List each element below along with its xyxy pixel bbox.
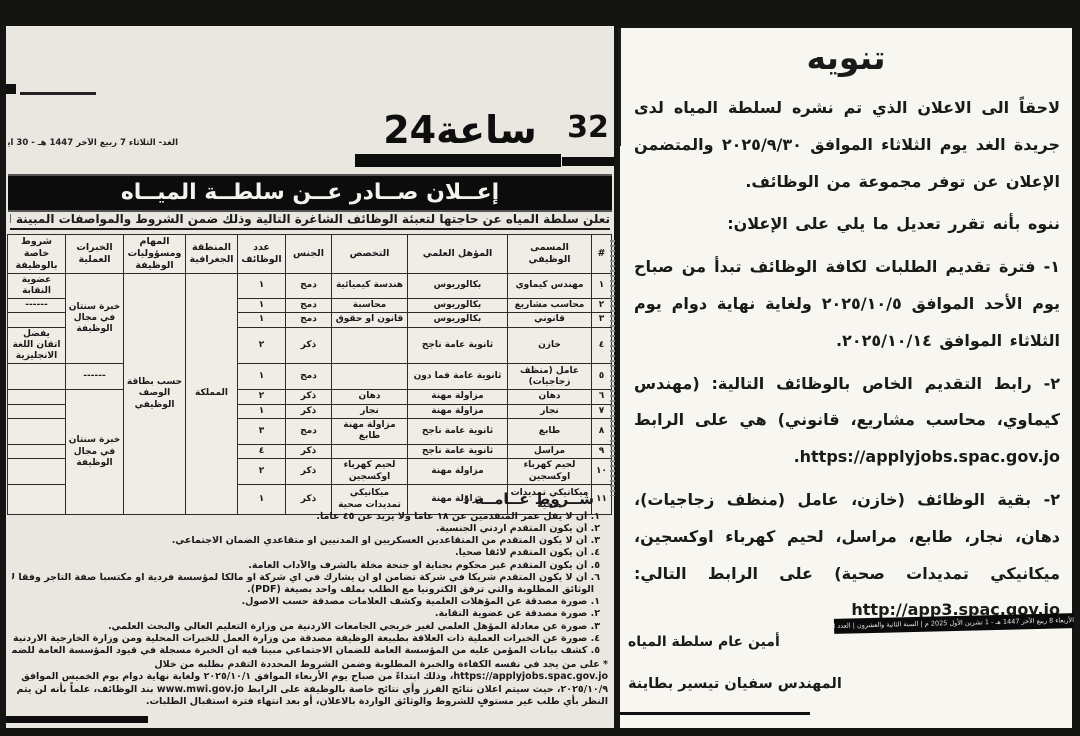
vacancies-table: # المسمى الوظيفي المؤهل العلمي التخصص ال…: [7, 234, 612, 515]
cell-gender: دمج: [286, 313, 332, 327]
cell-count: ١: [238, 273, 286, 299]
newspaper-clipping: الغد- الثلاثاء 7 ربيع الآخر 1447 هـ - 30…: [6, 26, 614, 728]
cell-gender: ذكر: [286, 327, 332, 364]
cell-major: [332, 327, 408, 364]
cell-title: طابع: [508, 418, 592, 444]
cell-major: مزاولة مهنة طابع: [332, 418, 408, 444]
cell-experience-merged-top: خبرة سنتان في مجال الوظيفة: [66, 273, 124, 364]
col-header-tasks: المهام ومسؤوليات الوظيفة: [124, 235, 186, 274]
document-item: ١. صورة مصدقة عن المؤهلات العلمية وكشف ا…: [12, 596, 608, 608]
col-header-special: شروط خاصة بالوظيفة: [8, 235, 66, 274]
cell-num: ٧: [592, 404, 612, 418]
cell-degree: بكالوريوس: [408, 273, 508, 299]
notice-item: ٢- رابط التقديم الخاص بالوظائف التالية: …: [634, 366, 1060, 476]
cell-special: عضوية النقابة: [8, 273, 66, 299]
condition-item: ٦. أن لا يكون المتقدم شريكاً في شركة تضا…: [12, 572, 608, 584]
document-item: ٥. كشف بيانات المؤمن عليه من المؤسسة الع…: [12, 645, 608, 657]
cell-title: قانوني: [508, 313, 592, 327]
notice-paragraph: لاحقاً الى الاعلان الذي تم نشره لسلطة ال…: [634, 90, 1060, 200]
col-header-region: المنطقة الجغرافية: [186, 235, 238, 274]
signature-name: المهندس سفيان تيسير بطاينة: [628, 676, 842, 692]
document-item: ٢. صورة مصدقة عن عضوية النقابة.: [12, 608, 608, 620]
bottom-rule: [6, 716, 148, 723]
cell-count: ١: [238, 313, 286, 327]
cell-degree: بكالوريوس: [408, 313, 508, 327]
notice-title: تنويه: [620, 38, 1072, 77]
masthead-bar-right: [562, 157, 614, 166]
cell-major: هندسة كيميائية: [332, 273, 408, 299]
cell-title: لحيم كهرباء اوكسجين: [508, 459, 592, 485]
table-row: ١ مهندس كيماوي بكالوريوس هندسة كيميائية …: [8, 273, 612, 299]
cell-gender: ذكر: [286, 390, 332, 404]
section-title-24hours: 24ساعة: [355, 108, 565, 152]
apply-note: * على من يجد في نفسه الكفاءة والخبرة الم…: [12, 659, 608, 708]
col-header-qualification: المؤهل العلمي: [408, 235, 508, 274]
table-row: ٥ عامل (منظف زجاجيات) ثانوية عامة فما دو…: [8, 364, 612, 390]
documents-intro: الوثائق المطلوبة والتي ترفق الكترونياً م…: [12, 584, 608, 596]
condition-item: ٢. أن يكون المتقدم اردني الجنسية.: [12, 523, 608, 535]
cell-title: نجار: [508, 404, 592, 418]
cell-special: [8, 418, 66, 444]
cell-num: ٩: [592, 444, 612, 458]
cell-gender: دمج: [286, 418, 332, 444]
announcement-subtitle: تعلن سلطة المياه عن حاجتها لتعبئة الوظائ…: [10, 212, 610, 230]
cell-major: [332, 364, 408, 390]
col-header-gender: الجنس: [286, 235, 332, 274]
cell-count: ٢: [238, 390, 286, 404]
cell-gender: ذكر: [286, 404, 332, 418]
cell-special: ------: [8, 299, 66, 313]
cell-degree: ثانوية عامة ناجح: [408, 444, 508, 458]
masthead-mark: [6, 84, 16, 94]
cell-degree: مزاولة مهنة: [408, 404, 508, 418]
page-seam: [618, 28, 621, 146]
cell-major: دهان: [332, 390, 408, 404]
cell-special: [8, 364, 66, 390]
cell-tasks-merged: حسب بطاقة الوصف الوظيفي: [124, 273, 186, 515]
newspaper-date-line: الغد- الثلاثاء 7 ربيع الآخر 1447 هـ - 30…: [8, 138, 178, 148]
cell-major: قانون او حقوق: [332, 313, 408, 327]
col-header-index: #: [592, 235, 612, 274]
col-header-specialization: التخصص: [332, 235, 408, 274]
cell-title: خازن: [508, 327, 592, 364]
col-header-experience: الخبرات العملية: [66, 235, 124, 274]
cell-degree: ثانوية عامة فما دون: [408, 364, 508, 390]
cell-title: دهان: [508, 390, 592, 404]
cell-major: [332, 444, 408, 458]
cell-title: عامل (منظف زجاجيات): [508, 364, 592, 390]
condition-item: ٤. أن يكون المتقدم لائقاً صحياً.: [12, 547, 608, 559]
masthead-dash: [20, 92, 96, 95]
cell-title: مهندس كيماوي: [508, 273, 592, 299]
notice-paragraph: ننوه بأنه تقرر تعديل ما يلي على الإعلان:: [634, 206, 1060, 243]
cell-special: [8, 313, 66, 327]
notice-item: ٢- بقية الوظائف (خازن، عامل (منظف زجاجيا…: [634, 482, 1060, 629]
cell-num: ٨: [592, 418, 612, 444]
cell-special: يفضل اتقان اللغة الانجليزية: [8, 327, 66, 364]
cell-gender: دمج: [286, 273, 332, 299]
cell-special: [8, 404, 66, 418]
cell-degree: ثانوية عامة ناجح: [408, 418, 508, 444]
table-header-row: # المسمى الوظيفي المؤهل العلمي التخصص ال…: [8, 235, 612, 274]
cell-gender: دمج: [286, 299, 332, 313]
cell-num: ٣: [592, 313, 612, 327]
signature-title: أمين عام سلطة المياه: [628, 634, 780, 650]
cell-title: محاسب مشاريع: [508, 299, 592, 313]
masthead-bar: [355, 154, 561, 167]
condition-item: ٣. أن لا يكون المتقدم من المتقاعدين العس…: [12, 535, 608, 547]
cell-num: ٢: [592, 299, 612, 313]
scanned-announcement-photo: { "colors": {"frame":"#141412","paper_le…: [0, 0, 1080, 736]
cell-count: ١: [238, 364, 286, 390]
cell-num: ١: [592, 273, 612, 299]
cell-special: [8, 444, 66, 458]
cell-num: ٦: [592, 390, 612, 404]
cell-degree: ثانوية عامة ناجح: [408, 327, 508, 364]
cell-count: ٣: [238, 418, 286, 444]
cell-gender: ذكر: [286, 444, 332, 458]
table-row: ٦ دهان مزاولة مهنة دهان ذكر ٢ خبرة سنتان…: [8, 390, 612, 404]
col-header-count: عدد الوظائف: [238, 235, 286, 274]
cell-degree: مزاولة مهنة: [408, 459, 508, 485]
cell-degree: بكالوريوس: [408, 299, 508, 313]
cell-count: ٢: [238, 459, 286, 485]
cell-region-merged: المملكة: [186, 273, 238, 515]
page-edge-texture: [610, 240, 615, 496]
cell-num: ٥: [592, 364, 612, 390]
notice-item: ١- فترة تقديم الطلبات لكافة الوظائف تبدأ…: [634, 249, 1060, 359]
cell-count: ٤: [238, 444, 286, 458]
cell-degree: مزاولة مهنة: [408, 390, 508, 404]
cell-count: ١: [238, 404, 286, 418]
cell-special: [8, 459, 66, 485]
document-item: ٣. صورة عن معادلة المؤهل العلمي لغير خري…: [12, 621, 608, 633]
signature-rule: [620, 712, 810, 715]
notice-page: تنويه لاحقاً الى الاعلان الذي تم نشره لس…: [620, 28, 1072, 728]
announcement-banner: إعــلان صــادر عــن سلطــة الميــاه: [8, 174, 612, 212]
cell-count: ٢: [238, 327, 286, 364]
cell-title: مراسل: [508, 444, 592, 458]
cell-major: نجار: [332, 404, 408, 418]
cell-gender: دمج: [286, 364, 332, 390]
cell-gender: ذكر: [286, 459, 332, 485]
cell-major: لحيم كهرباء اوكسجين: [332, 459, 408, 485]
cell-num: ٤: [592, 327, 612, 364]
cell-count: ١: [238, 299, 286, 313]
cell-major: محاسبة: [332, 299, 408, 313]
condition-item: ٥. أن يكون المتقدم غير محكوم بجناية او ج…: [12, 560, 608, 572]
condition-item: ١. أن لا يقل عمر المتقدمين عن ١٨ عاماً و…: [12, 511, 608, 523]
cell-num: ١٠: [592, 459, 612, 485]
cell-experience: ------: [66, 364, 124, 390]
document-item: ٤. صورة عن الخبرات العملية ذات العلاقة ب…: [12, 633, 608, 645]
page-number: 32: [564, 110, 612, 145]
cell-special: [8, 390, 66, 404]
col-header-job-title: المسمى الوظيفي: [508, 235, 592, 274]
notice-body: لاحقاً الى الاعلان الذي تم نشره لسلطة ال…: [634, 90, 1060, 635]
conditions-title: شــروط عــامــة :: [12, 490, 608, 511]
general-conditions-section: شــروط عــامــة : ١. أن لا يقل عمر المتق…: [12, 490, 608, 708]
